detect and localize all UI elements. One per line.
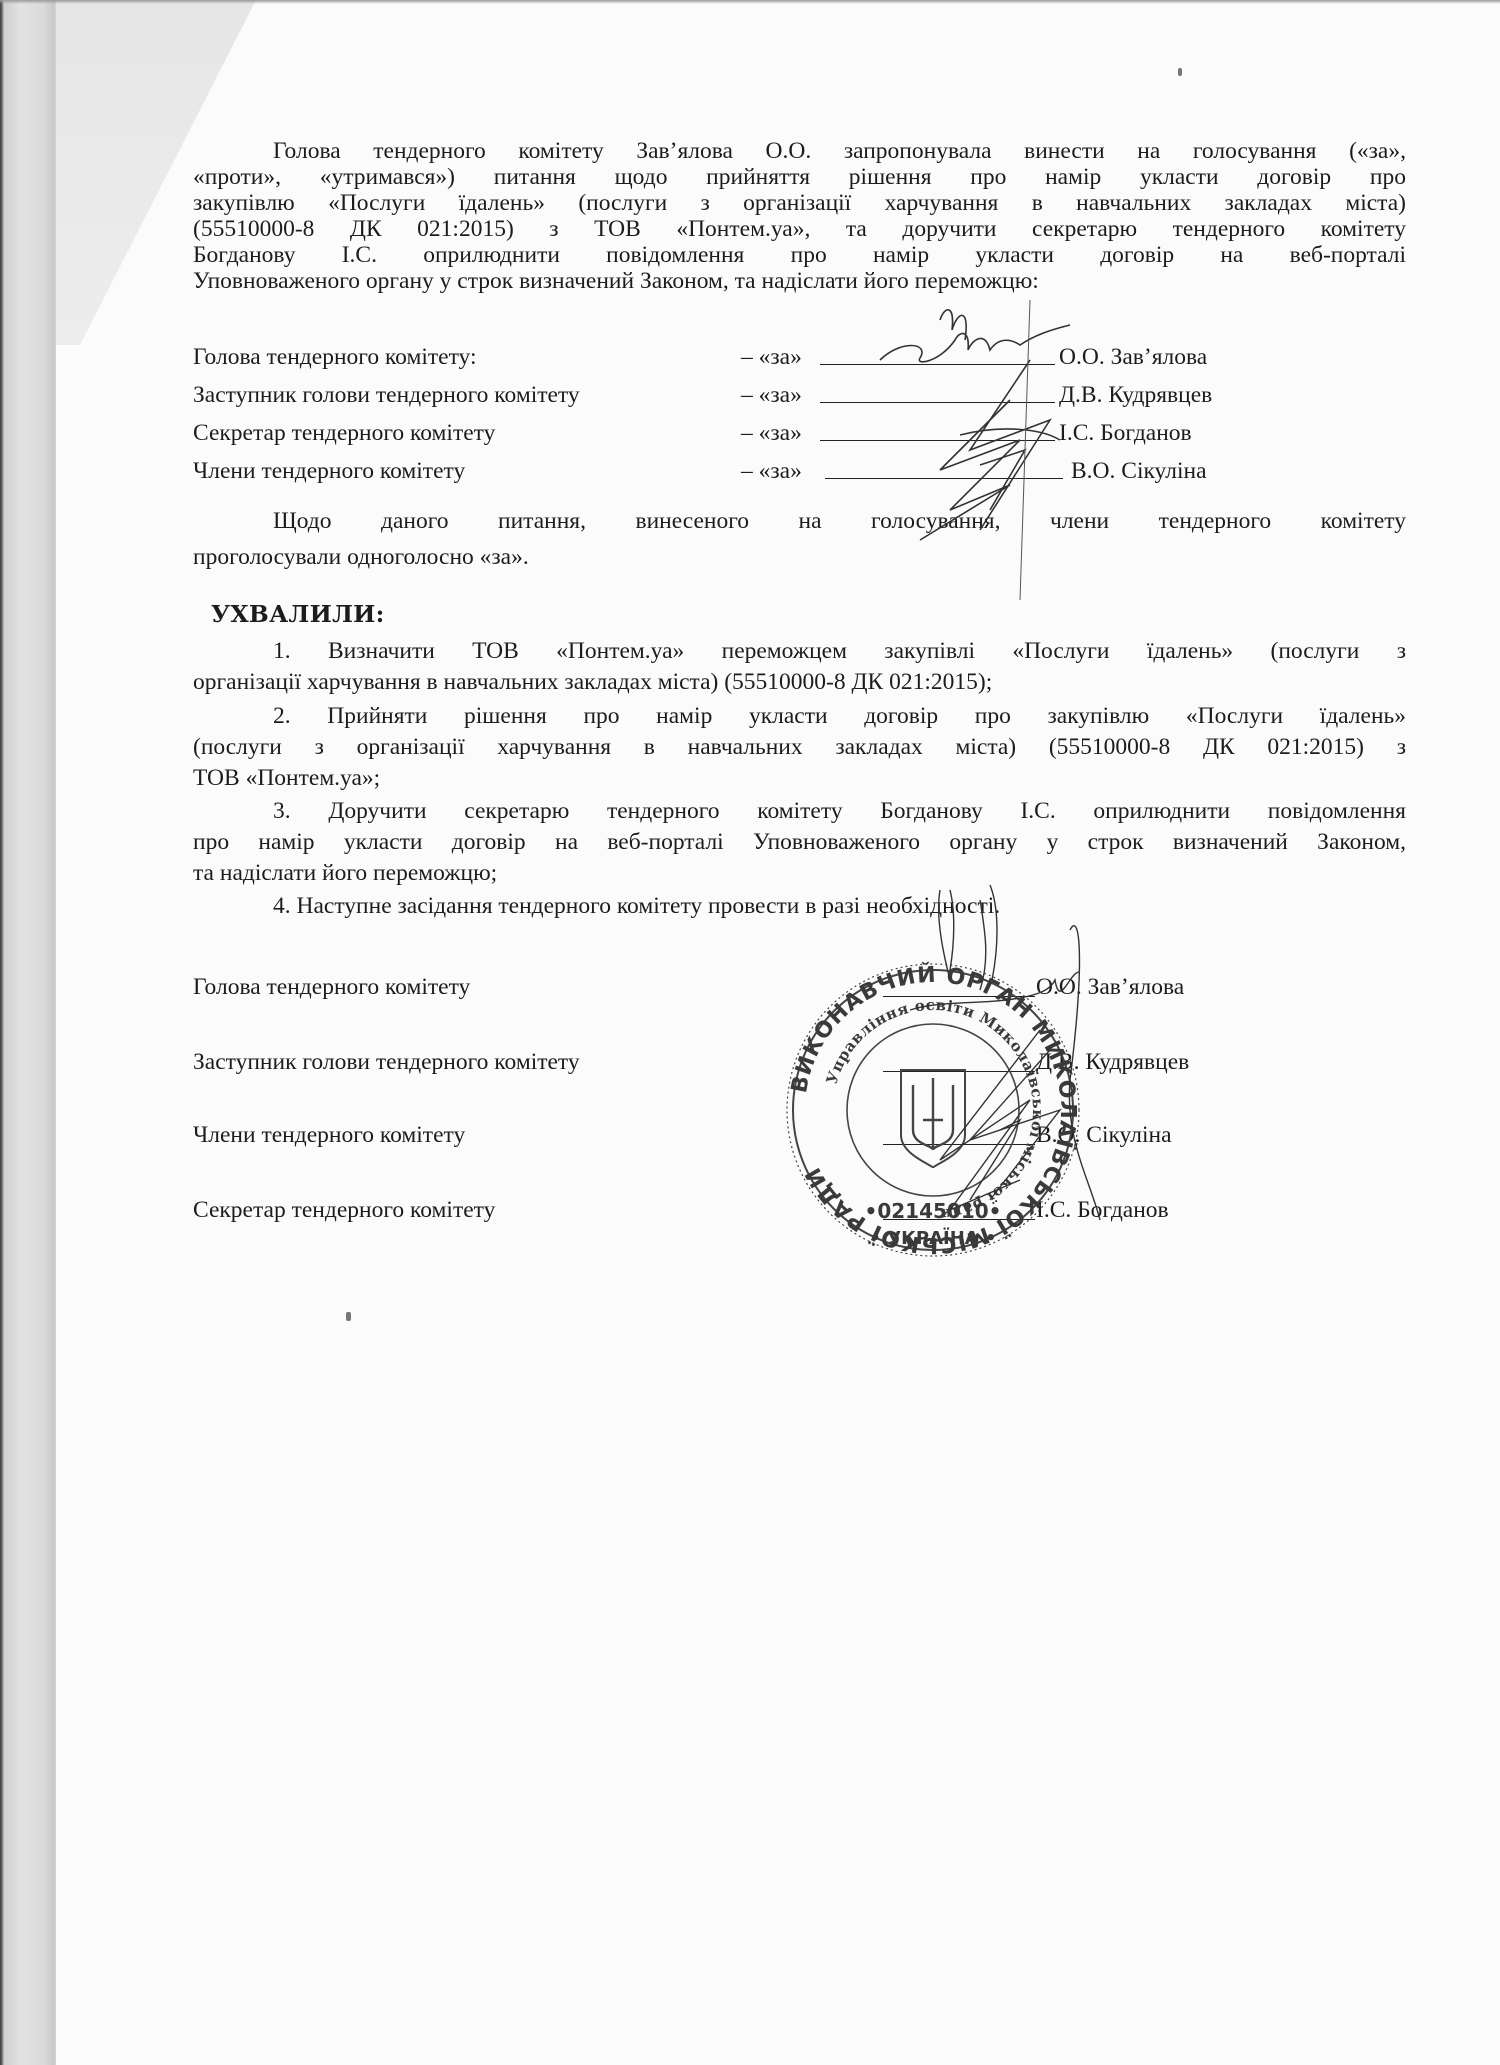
text-line: (55510000-8 ДК 021:2015) з ТОВ «Понтем.у… xyxy=(193,216,1406,242)
signature-role: Секретар тендерного комітету xyxy=(193,1195,495,1225)
text-line: 2. Прийняти рішення про намір укласти до… xyxy=(193,701,1406,732)
coat-of-arms-icon xyxy=(901,1070,965,1168)
text-line: закупівлю «Послуги їдалень» (послуги з о… xyxy=(193,190,1406,216)
vote-row: Голова тендерного комітету: – «за» О.О. … xyxy=(193,342,1406,372)
resolution-4: 4. Наступне засідання тендерного комітет… xyxy=(193,891,1406,922)
signature-role: Члени тендерного комітету xyxy=(193,1120,465,1150)
text-line: 1. Визначити ТОВ «Понтем.уа» переможцем … xyxy=(193,636,1406,667)
scan-speck xyxy=(1178,68,1182,76)
official-stamp: ВИКОНАВЧИЙ ОРГАН МИКОЛАЇВСЬКОЇ МІСЬКОЇ Р… xyxy=(783,960,1083,1260)
intro-paragraph: Голова тендерного комітету Зав’ялова О.О… xyxy=(193,138,1406,294)
signature-line xyxy=(820,440,1055,441)
stamp-inner-text: Управління освіти Миколаївської міської … xyxy=(823,996,1048,1224)
vote-result-paragraph: Щодо даного питання, винесеного на голос… xyxy=(193,503,1406,575)
stamp-code: •02145010• xyxy=(865,1199,1002,1223)
vote-row: Члени тендерного комітету – «за» В.О. Сі… xyxy=(193,456,1406,486)
svg-text:Управління освіти Миколаївсько: Управління освіти Миколаївської міської … xyxy=(823,996,1048,1224)
text-line: Богданову І.С. оприлюднити повідомлення … xyxy=(193,242,1406,268)
signature-line xyxy=(820,402,1055,403)
vote-value: – «за» xyxy=(741,456,802,486)
vote-role: Голова тендерного комітету: xyxy=(193,342,477,372)
text-line: «проти», «утримався») питання щодо прийн… xyxy=(193,164,1406,190)
text-line: про намір укласти договір на веб-порталі… xyxy=(193,827,1406,858)
text-line: та надіслати його переможцю; xyxy=(193,858,1406,889)
text-line: Щодо даного питання, винесеного на голос… xyxy=(193,503,1406,539)
text-line: 4. Наступне засідання тендерного комітет… xyxy=(193,891,1406,922)
vote-value: – «за» xyxy=(741,418,802,448)
vote-role: Секретар тендерного комітету xyxy=(193,418,495,448)
resolution-1: 1. Визначити ТОВ «Понтем.уа» переможцем … xyxy=(193,636,1406,698)
vote-row: Секретар тендерного комітету – «за» І.С.… xyxy=(193,418,1406,448)
vote-name: В.О. Сікуліна xyxy=(1071,456,1207,486)
scan-top-edge xyxy=(0,0,1500,4)
vote-role: Члени тендерного комітету xyxy=(193,456,465,486)
text-line: організації харчування в навчальних закл… xyxy=(193,667,1406,698)
text-line: 3. Доручити секретарю тендерного комітет… xyxy=(193,796,1406,827)
scan-left-edge xyxy=(0,0,56,2065)
scan-speck xyxy=(346,1312,351,1321)
vote-name: О.О. Зав’ялова xyxy=(1059,342,1207,372)
text-line: Голова тендерного комітету Зав’ялова О.О… xyxy=(193,138,1406,164)
vote-value: – «за» xyxy=(741,342,802,372)
vote-name: І.С. Богданов xyxy=(1059,418,1192,448)
resolved-heading: УХВАЛИЛИ: xyxy=(211,600,385,628)
signature-line xyxy=(825,478,1063,479)
text-line: (послуги з організації харчування в навч… xyxy=(193,732,1406,763)
vote-value: – «за» xyxy=(741,380,802,410)
text-line: проголосували одноголосно «за». xyxy=(193,539,1406,575)
text-line: Уповноваженого органу у строк визначений… xyxy=(193,268,1406,294)
vote-name: Д.В. Кудрявцев xyxy=(1059,380,1212,410)
resolution-3: 3. Доручити секретарю тендерного комітет… xyxy=(193,796,1406,889)
vote-role: Заступник голови тендерного комітету xyxy=(193,380,580,410)
resolution-2: 2. Прийняти рішення про намір укласти до… xyxy=(193,701,1406,794)
signature-role: Голова тендерного комітету xyxy=(193,972,470,1002)
signature-role: Заступник голови тендерного комітету xyxy=(193,1047,580,1077)
signature-line xyxy=(820,364,1055,365)
stamp-country: • УКРАЇНА • xyxy=(870,1227,997,1249)
text-line: ТОВ «Понтем.уа»; xyxy=(193,763,1406,794)
vote-row: Заступник голови тендерного комітету – «… xyxy=(193,380,1406,410)
